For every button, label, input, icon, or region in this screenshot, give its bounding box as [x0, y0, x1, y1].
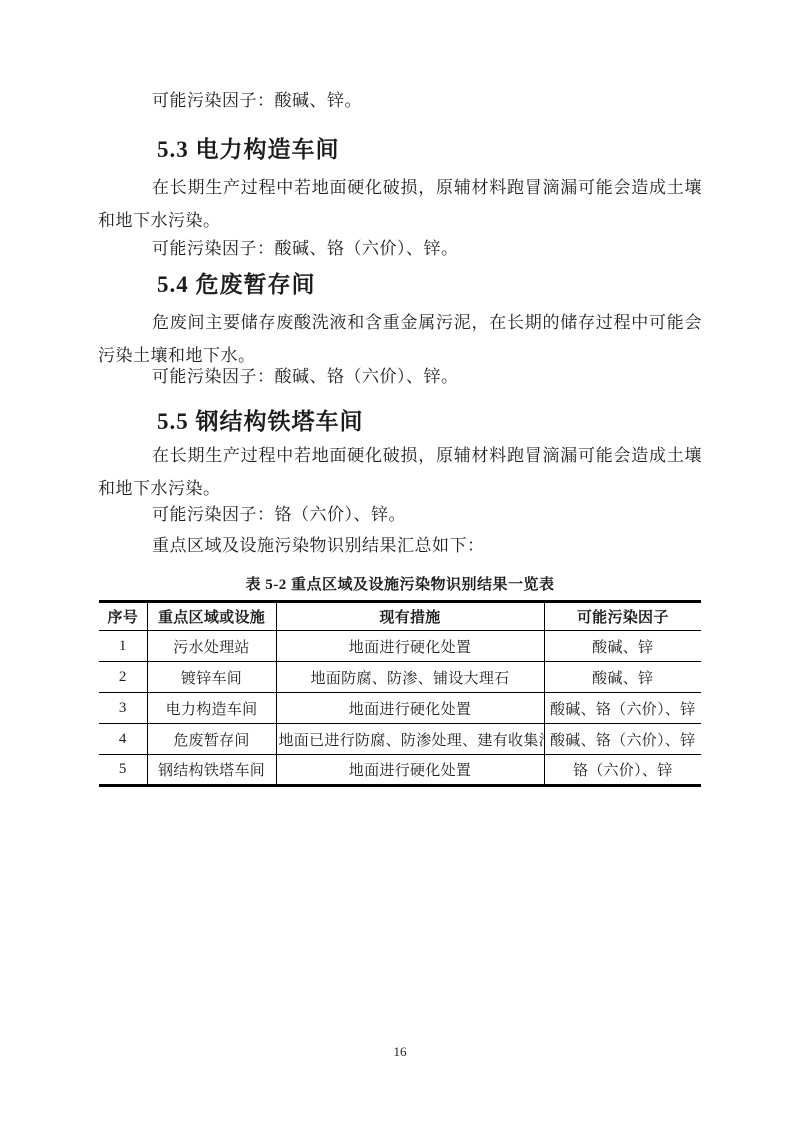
section-body-5-4: 危废间主要储存废酸洗液和含重金属污泥，在长期的储存过程中可能会污染土壤和地下水。: [98, 306, 702, 372]
cell-seq: 3: [99, 693, 147, 724]
section-body-5-5: 在长期生产过程中若地面硬化破损，原辅材料跑冒滴漏可能会造成土壤和地下水污染。: [98, 439, 702, 505]
table-row: 1 污水处理站 地面进行硬化处置 酸碱、锌: [99, 631, 701, 662]
cell-measures: 地面进行硬化处置: [276, 755, 544, 786]
cell-area: 危废暂存间: [147, 724, 276, 755]
cell-seq: 5: [99, 755, 147, 786]
cell-factors: 酸碱、锌: [544, 631, 701, 662]
table-row: 5 钢结构铁塔车间 地面进行硬化处置 铬（六价）、锌: [99, 755, 701, 786]
table-caption: 表 5-2 重点区域及设施污染物识别结果一览表: [98, 575, 702, 595]
cell-seq: 1: [99, 631, 147, 662]
section-heading-5-5: 5.5 钢结构铁塔车间: [98, 408, 702, 435]
section-factors-5-5: 可能污染因子：铬（六价）、锌。: [98, 504, 702, 526]
cell-area: 污水处理站: [147, 631, 276, 662]
cell-area: 电力构造车间: [147, 693, 276, 724]
cell-measures: 地面进行硬化处置: [276, 693, 544, 724]
pollution-identification-table: 序号 重点区域或设施 现有措施 可能污染因子 1 污水处理站 地面进行硬化处置 …: [99, 600, 701, 787]
document-page: 可能污染因子：酸碱、锌。 5.3 电力构造车间 在长期生产过程中若地面硬化破损，…: [0, 0, 800, 1131]
header-factors: 可能污染因子: [544, 602, 701, 631]
cell-area: 钢结构铁塔车间: [147, 755, 276, 786]
header-area: 重点区域或设施: [147, 602, 276, 631]
cell-measures: 地面已进行防腐、防渗处理、建有收集沟: [276, 724, 544, 755]
table-row: 4 危废暂存间 地面已进行防腐、防渗处理、建有收集沟 酸碱、铬（六价）、锌: [99, 724, 701, 755]
section-heading-5-3: 5.3 电力构造车间: [98, 136, 702, 163]
cell-measures: 地面防腐、防渗、铺设大理石: [276, 662, 544, 693]
cell-factors: 酸碱、铬（六价）、锌: [544, 693, 701, 724]
section-factors-5-3: 可能污染因子：酸碱、铬（六价）、锌。: [98, 238, 702, 260]
section-factors-5-4: 可能污染因子：酸碱、铬（六价）、锌。: [98, 366, 702, 388]
intro-factors-line: 可能污染因子：酸碱、锌。: [98, 90, 702, 112]
cell-factors: 酸碱、铬（六价）、锌: [544, 724, 701, 755]
table-row: 3 电力构造车间 地面进行硬化处置 酸碱、铬（六价）、锌: [99, 693, 701, 724]
cell-seq: 2: [99, 662, 147, 693]
table-row: 2 镀锌车间 地面防腐、防渗、铺设大理石 酸碱、锌: [99, 662, 701, 693]
table-header-row: 序号 重点区域或设施 现有措施 可能污染因子: [99, 602, 701, 631]
cell-area: 镀锌车间: [147, 662, 276, 693]
summary-lead-line: 重点区域及设施污染物识别结果汇总如下：: [98, 535, 702, 557]
cell-seq: 4: [99, 724, 147, 755]
header-seq: 序号: [99, 602, 147, 631]
cell-factors: 酸碱、锌: [544, 662, 701, 693]
cell-factors: 铬（六价）、锌: [544, 755, 701, 786]
cell-measures: 地面进行硬化处置: [276, 631, 544, 662]
page-number: 16: [0, 1044, 800, 1060]
section-body-5-3: 在长期生产过程中若地面硬化破损，原辅材料跑冒滴漏可能会造成土壤和地下水污染。: [98, 171, 702, 237]
section-heading-5-4: 5.4 危废暂存间: [98, 271, 702, 298]
header-measures: 现有措施: [276, 602, 544, 631]
